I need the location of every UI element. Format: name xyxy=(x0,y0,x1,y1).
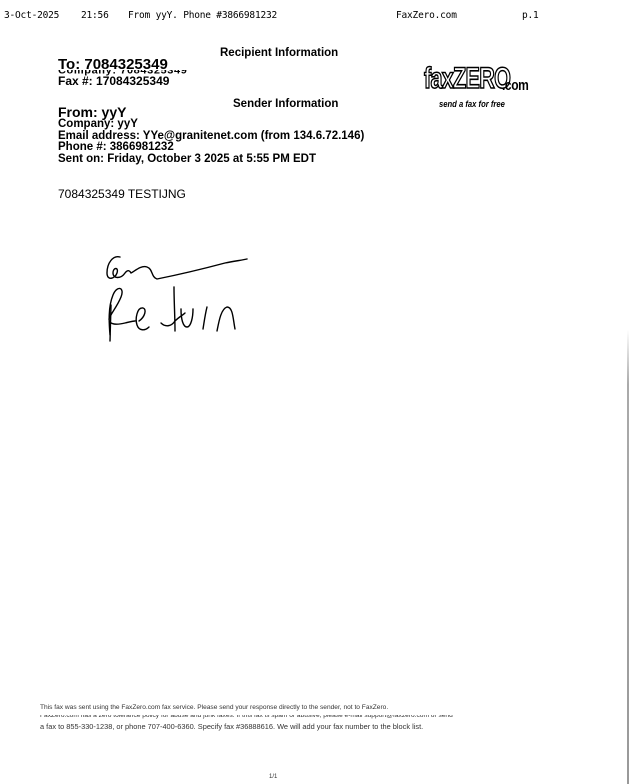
sender-company: Company: yyY xyxy=(58,119,364,131)
faxzero-logo: faxZERO .com send a fax for free xyxy=(424,64,544,94)
footer-line-2: FaxZero.com has a zero tolerance policy … xyxy=(40,715,520,719)
fax-page-number: p.1 xyxy=(522,10,539,21)
fax-from-line: From yyY. Phone #3866981232 xyxy=(128,10,277,21)
logo-tagline: send a fax for free xyxy=(439,99,505,109)
handwritten-signature xyxy=(95,245,255,345)
footer-line-2-clipped: FaxZero.com has a zero tolerance policy … xyxy=(40,715,520,719)
fax-date: 3-Oct-2025 xyxy=(4,10,59,21)
scan-edge-line xyxy=(627,330,629,784)
fax-service: FaxZero.com xyxy=(396,10,457,21)
recipient-fax: Fax #: 17084325349 xyxy=(58,76,169,87)
sender-sent-on: Sent on: Friday, October 3 2025 at 5:55 … xyxy=(58,154,364,166)
message-body: 7084325349 TESTIJNG xyxy=(58,187,186,201)
sender-block: From: yyY Company: yyY Email address: YY… xyxy=(58,106,364,165)
sender-phone: Phone #: 3866981232 xyxy=(58,142,364,154)
page-count: 1/1 xyxy=(269,774,277,780)
recipient-section-title: Recipient Information xyxy=(220,47,338,59)
footer-line-3: a fax to 855-330-1238, or phone 707-400-… xyxy=(40,722,423,731)
logo-tld: .com xyxy=(502,77,528,94)
footer-line-1: This fax was sent using the FaxZero.com … xyxy=(40,704,388,711)
logo-brand: faxZERO xyxy=(424,64,510,94)
fax-time: 21:56 xyxy=(81,10,109,21)
